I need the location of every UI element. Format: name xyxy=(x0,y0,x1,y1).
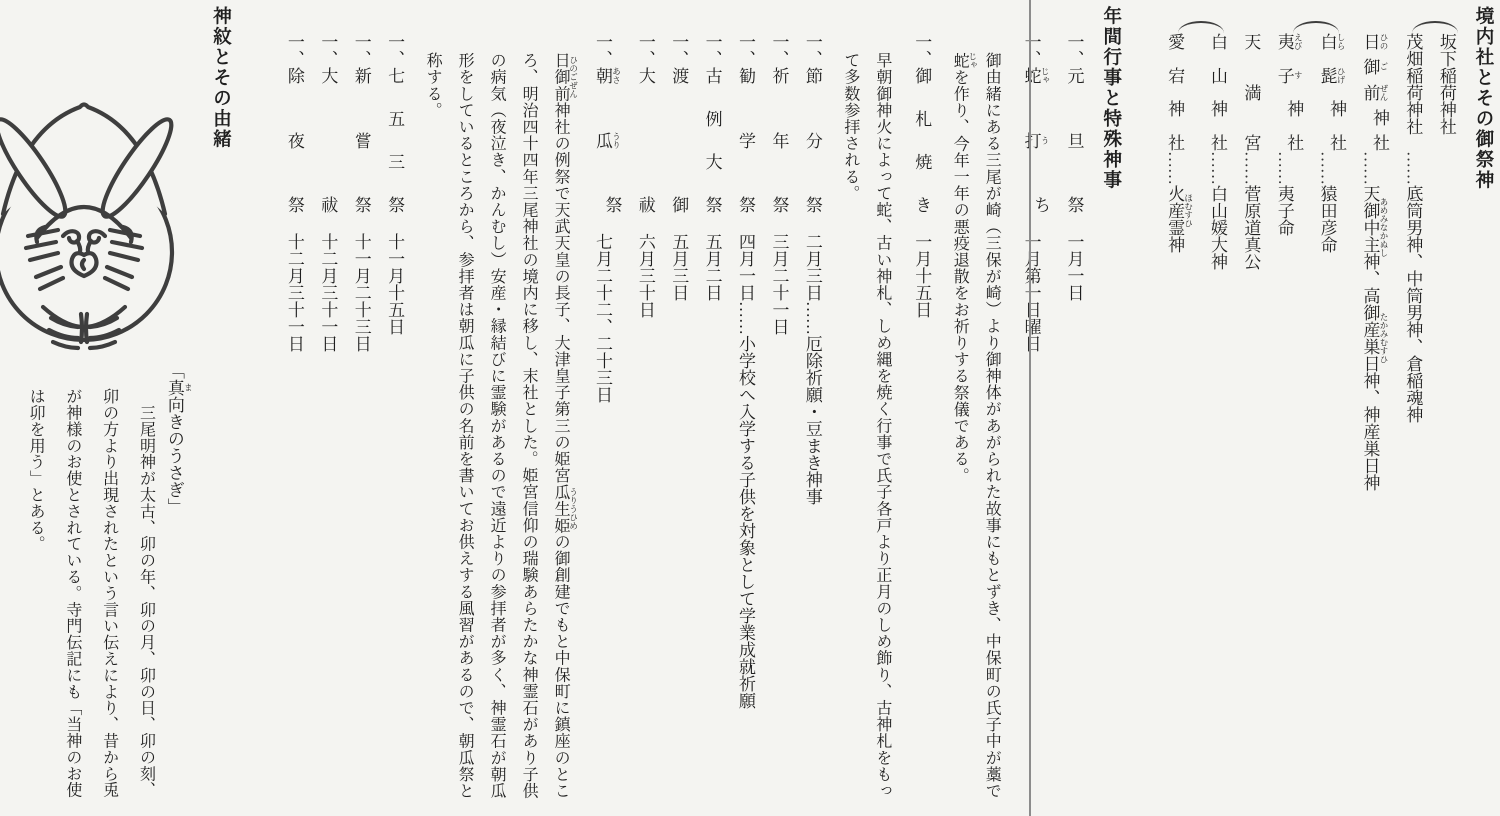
event-marker: 一、 xyxy=(669,33,688,67)
event-marker: 一、 xyxy=(385,33,404,67)
event-date: 十二月三十一日 xyxy=(285,233,304,352)
events-list: 一、元旦祭一月一日一、蛇じゃ打うち一月第一日曜日御由緒にある三尾が崎（三保が崎）… xyxy=(284,6,1084,816)
shrine-deities: 白山媛大神 xyxy=(1208,185,1227,270)
shrine-entry: 白山神社……白山媛大神 xyxy=(1207,6,1227,816)
events-section-heading: 年間行事と特殊神事 xyxy=(1100,6,1122,816)
separator-dots: …… xyxy=(1208,151,1227,185)
event-name: 古例大祭 xyxy=(701,67,721,213)
event-date: 十一月二十三日 xyxy=(352,233,371,352)
shrine-group: 白山神社……白山媛大神愛宕神社……火産霊ほむすひ神 xyxy=(1164,6,1227,816)
rabbit-crest-illustration xyxy=(0,64,187,358)
shrine-name: 天満宮 xyxy=(1240,33,1260,151)
event-name: 新嘗祭 xyxy=(350,67,370,213)
crest-title: 「真ま向きのうさぎ」 xyxy=(163,362,193,816)
shrine-entry: 白しら髭ひげ神社……猿田彦命 xyxy=(1316,6,1346,816)
event-marker: 一、 xyxy=(803,33,822,67)
separator-dots: …… xyxy=(1275,151,1294,185)
shrine-entry: 坂下稲荷神社 xyxy=(1435,6,1455,816)
shrine-deities: 菅原道真公 xyxy=(1241,185,1260,270)
separator-dots: …… xyxy=(1403,151,1422,185)
precinct-list: 坂下稲荷神社茂畑稲荷神社……底筒男神、中筒男神、倉稲魂神日ひの御ご前ぜん神社……… xyxy=(1164,6,1456,816)
shrine-group: 白しら髭ひげ神社……猿田彦命夷えび子す神社……夷子命 xyxy=(1273,6,1346,816)
event-name: 朝あさ瓜うり祭 xyxy=(592,67,622,213)
event-item: 一、新嘗祭十一月二十三日 xyxy=(350,6,370,816)
event-name: 祈年祭 xyxy=(768,67,788,213)
event-item: 一、御札焼き一月十五日 xyxy=(911,6,931,816)
shrine-name: 夷えび子す神社 xyxy=(1273,33,1303,151)
event-name: 御札焼き xyxy=(911,67,931,213)
event-description: 日御前ひのごぜん神社の例祭で天武天皇の長子、大津皇子第三の姫宮瓜生姫うりうひめの… xyxy=(416,52,579,808)
event-marker: 一、 xyxy=(703,33,722,67)
event-name: 除夜祭 xyxy=(284,67,304,213)
event-item: 一、古例大祭五月二日 xyxy=(701,6,721,816)
shrine-deities: 天御中主神あめみなかぬし、高御産巣日神たかみむすひ、神産巣日神 xyxy=(1361,185,1380,491)
event-item: 一、大祓六月三十日 xyxy=(634,6,654,816)
event-date: 五月三日 xyxy=(669,233,688,301)
event-marker: 一、 xyxy=(769,33,788,67)
shrine-deities: 夷子命 xyxy=(1275,185,1294,236)
separator-dots: …… xyxy=(1361,151,1380,185)
event-marker: 一、 xyxy=(636,33,655,67)
event-marker: 一、 xyxy=(593,33,612,67)
event-name: 大祓 xyxy=(634,67,654,213)
crest-block: 「真ま向きのうさぎ」 三尾明神が太古、卯の年、卯の月、卯の日、卯の刻、卯の方より… xyxy=(0,6,193,816)
event-marker: 一、 xyxy=(736,33,755,67)
event-date: 十二月三十一日 xyxy=(318,233,337,352)
crest-section-heading: 神紋とその由緒 xyxy=(209,6,231,816)
event-date: 一月第一日曜日 xyxy=(1022,233,1041,352)
event-date: 二月三日……厄除祈願・豆まき神事 xyxy=(803,233,822,505)
event-date: 四月一日……小学校へ入学する子供を対象として学業成就祈願 xyxy=(736,233,755,709)
shrine-deities: 猿田彦命 xyxy=(1318,185,1337,253)
event-date: 一月十五日 xyxy=(912,233,931,318)
event-marker: 一、 xyxy=(912,33,931,67)
shrine-entry: 天満宮……菅原道真公 xyxy=(1240,6,1260,816)
event-date: 六月三十日 xyxy=(636,233,655,318)
shrine-deities: 火産霊ほむすひ神 xyxy=(1165,185,1184,253)
separator-dots: …… xyxy=(1241,151,1260,185)
shrine-group: 坂下稲荷神社茂畑稲荷神社……底筒男神、中筒男神、倉稲魂神 xyxy=(1402,6,1456,816)
page-root: 境内社とその御祭神 坂下稲荷神社茂畑稲荷神社……底筒男神、中筒男神、倉稲魂神日ひ… xyxy=(0,0,1500,816)
event-name: 節分祭 xyxy=(801,67,821,213)
event-item: 一、蛇じゃ打うち一月第一日曜日 xyxy=(1020,6,1050,816)
shrine-name: 日ひの御ご前ぜん神社 xyxy=(1359,33,1389,151)
event-date: 十一月十五日 xyxy=(385,233,404,335)
event-description: 早朝御神火によって蛇、古い神札、しめ縄を焼く行事で氏子各戸より正月のしめ飾り、古… xyxy=(834,52,898,808)
event-name: 元旦祭 xyxy=(1063,67,1083,213)
separator-dots: …… xyxy=(1165,151,1184,185)
shrine-entry: 愛宕神社……火産霊ほむすひ神 xyxy=(1164,6,1194,816)
event-description: 御由緒にある三尾が崎（三保が崎）より御神体があがられた故事にもとずき、中保町の氏… xyxy=(943,52,1007,808)
shrine-name: 白山神社 xyxy=(1207,33,1227,151)
event-item: 一、大祓十二月三十一日 xyxy=(317,6,337,816)
shrine-entry: 夷えび子す神社……夷子命 xyxy=(1273,6,1303,816)
event-date: 五月二日 xyxy=(703,233,722,301)
shrine-entry: 茂畑稲荷神社……底筒男神、中筒男神、倉稲魂神 xyxy=(1402,6,1422,816)
event-name: 蛇じゃ打うち xyxy=(1020,67,1050,213)
event-name: 七五三祭 xyxy=(384,67,404,213)
shrine-group: 日ひの御ご前ぜん神社……天御中主神あめみなかぬし、高御産巣日神たかみむすひ、神産… xyxy=(1359,6,1389,816)
shrine-name: 坂下稲荷神社 xyxy=(1435,33,1455,151)
shrine-group: 天満宮……菅原道真公 xyxy=(1240,6,1260,816)
event-date: 三月二十一日 xyxy=(769,233,788,335)
shrine-name: 茂畑稲荷神社 xyxy=(1402,33,1422,151)
crest-body: 三尾明神が太古、卯の年、卯の月、卯の日、卯の刻、卯の方より出現されたという言い伝… xyxy=(16,388,163,812)
event-name: 渡御 xyxy=(668,67,688,213)
event-marker: 一、 xyxy=(352,33,371,67)
event-item: 一、勧学祭四月一日……小学校へ入学する子供を対象として学業成就祈願 xyxy=(735,6,755,816)
shrine-name: 白しら髭ひげ神社 xyxy=(1316,33,1346,151)
event-item: 一、元旦祭一月一日 xyxy=(1063,6,1083,816)
event-item: 一、除夜祭十二月三十一日 xyxy=(284,6,304,816)
event-item: 一、朝あさ瓜うり祭七月二十二、二十三日 xyxy=(592,6,622,816)
shrine-deities: 底筒男神、中筒男神、倉稲魂神 xyxy=(1403,185,1422,423)
page-gutter-line xyxy=(1029,0,1031,816)
event-marker: 一、 xyxy=(285,33,304,67)
event-marker: 一、 xyxy=(1065,33,1084,67)
event-date: 一月一日 xyxy=(1065,233,1084,301)
event-name: 勧学祭 xyxy=(735,67,755,213)
event-date: 七月二十二、二十三日 xyxy=(593,233,612,403)
event-item: 一、祈年祭三月二十一日 xyxy=(768,6,788,816)
event-marker: 一、 xyxy=(1022,33,1041,67)
event-name: 大祓 xyxy=(317,67,337,213)
event-item: 一、渡御五月三日 xyxy=(668,6,688,816)
event-marker: 一、 xyxy=(318,33,337,67)
separator-dots: …… xyxy=(1318,151,1337,185)
shrine-name: 愛宕神社 xyxy=(1164,33,1184,151)
precinct-section-heading: 境内社とその御祭神 xyxy=(1472,6,1494,816)
event-item: 一、七五三祭十一月十五日 xyxy=(384,6,404,816)
event-item: 一、節分祭二月三日……厄除祈願・豆まき神事 xyxy=(801,6,821,816)
shrine-entry: 日ひの御ご前ぜん神社……天御中主神あめみなかぬし、高御産巣日神たかみむすひ、神産… xyxy=(1359,6,1389,816)
